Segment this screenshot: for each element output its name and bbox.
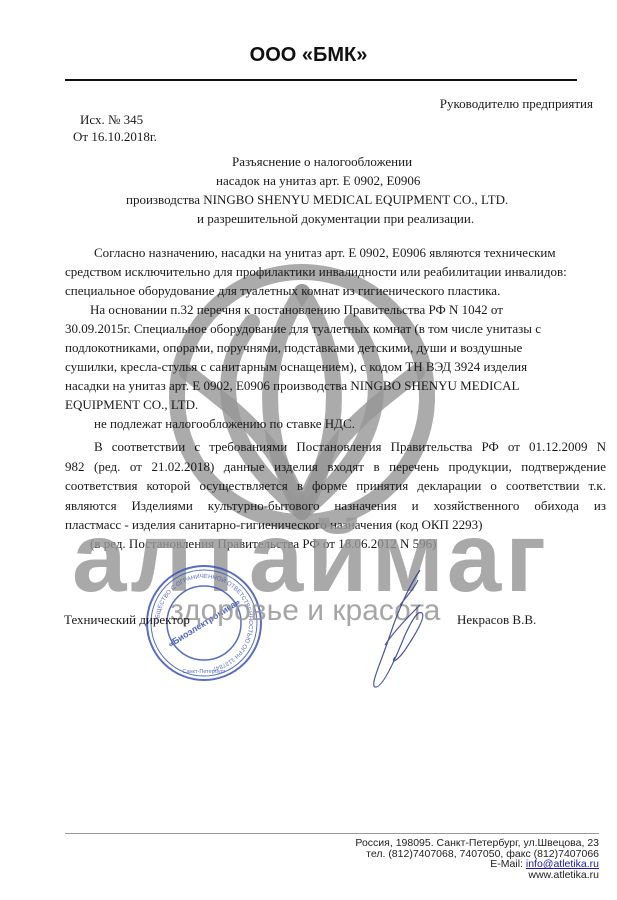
- handwritten-signature-icon: [360, 565, 440, 690]
- para2-line: EQUIPMENT CO., LTD.: [65, 395, 198, 415]
- para1-line: Согласно назначению, насадки на унитаз а…: [94, 243, 556, 263]
- para2-conclusion: не подлежат налогообложению по ставке НД…: [94, 414, 355, 434]
- stamp-city: Санкт-Петербург: [182, 669, 225, 675]
- para1-line: специальное оборудование для туалетных к…: [65, 281, 500, 301]
- para2-line: На основании п.32 перечня к постановлени…: [90, 300, 503, 320]
- para2-line: насадки на унитаз арт. Е 0902, Е0906 про…: [65, 376, 519, 396]
- para2-line: подлокотниками, опорами, поручнями, подс…: [65, 338, 522, 358]
- addressee: Руководителю предприятия: [440, 96, 593, 112]
- para2-line: 30.09.2015г. Специальное оборудование дл…: [65, 319, 541, 339]
- company-name: ООО «БМК»: [0, 44, 617, 67]
- subject-line: Разъяснение о налогообложении: [232, 154, 412, 170]
- footer-email-row: E-Mail: info@atletika.ru: [355, 859, 599, 870]
- para2-line: сушилки, кресла-стулья с санитарным осна…: [65, 357, 527, 377]
- para3-line: В соответствии с требованиями Постановле…: [65, 437, 606, 457]
- footer-website: www.atletika.ru: [355, 870, 599, 881]
- para3-line: 982 (ред. от 21.02.2018) данные изделия …: [65, 457, 606, 477]
- footer-contacts: Россия, 198095. Санкт-Петербург, ул.Швец…: [355, 838, 599, 880]
- para1-line: средством исключительно для профилактики…: [65, 262, 567, 282]
- subject-line: и разрешительной документации при реализ…: [197, 211, 474, 227]
- footer-email-label: E-Mail:: [490, 858, 526, 870]
- signatory-name: Некрасов В.В.: [457, 612, 536, 628]
- outgoing-date: От 16.10.2018г.: [73, 129, 157, 145]
- footer-address: Россия, 198095. Санкт-Петербург, ул.Швец…: [355, 838, 599, 849]
- subject-line: насадок на унитаз арт. Е 0902, Е0906: [216, 173, 420, 189]
- para3-line: соответствия которой осуществляется в фо…: [65, 476, 606, 496]
- subject-line: производства NINGBO SHENYU MEDICAL EQUIP…: [126, 192, 508, 208]
- signatory-position: Технический директор: [64, 612, 190, 628]
- footer-divider: [65, 833, 599, 834]
- letterhead-divider: [65, 79, 577, 81]
- outgoing-number: Исх. № 345: [80, 112, 143, 128]
- letter-page: ООО «БМК» Руководителю предприятия Исх. …: [0, 0, 617, 900]
